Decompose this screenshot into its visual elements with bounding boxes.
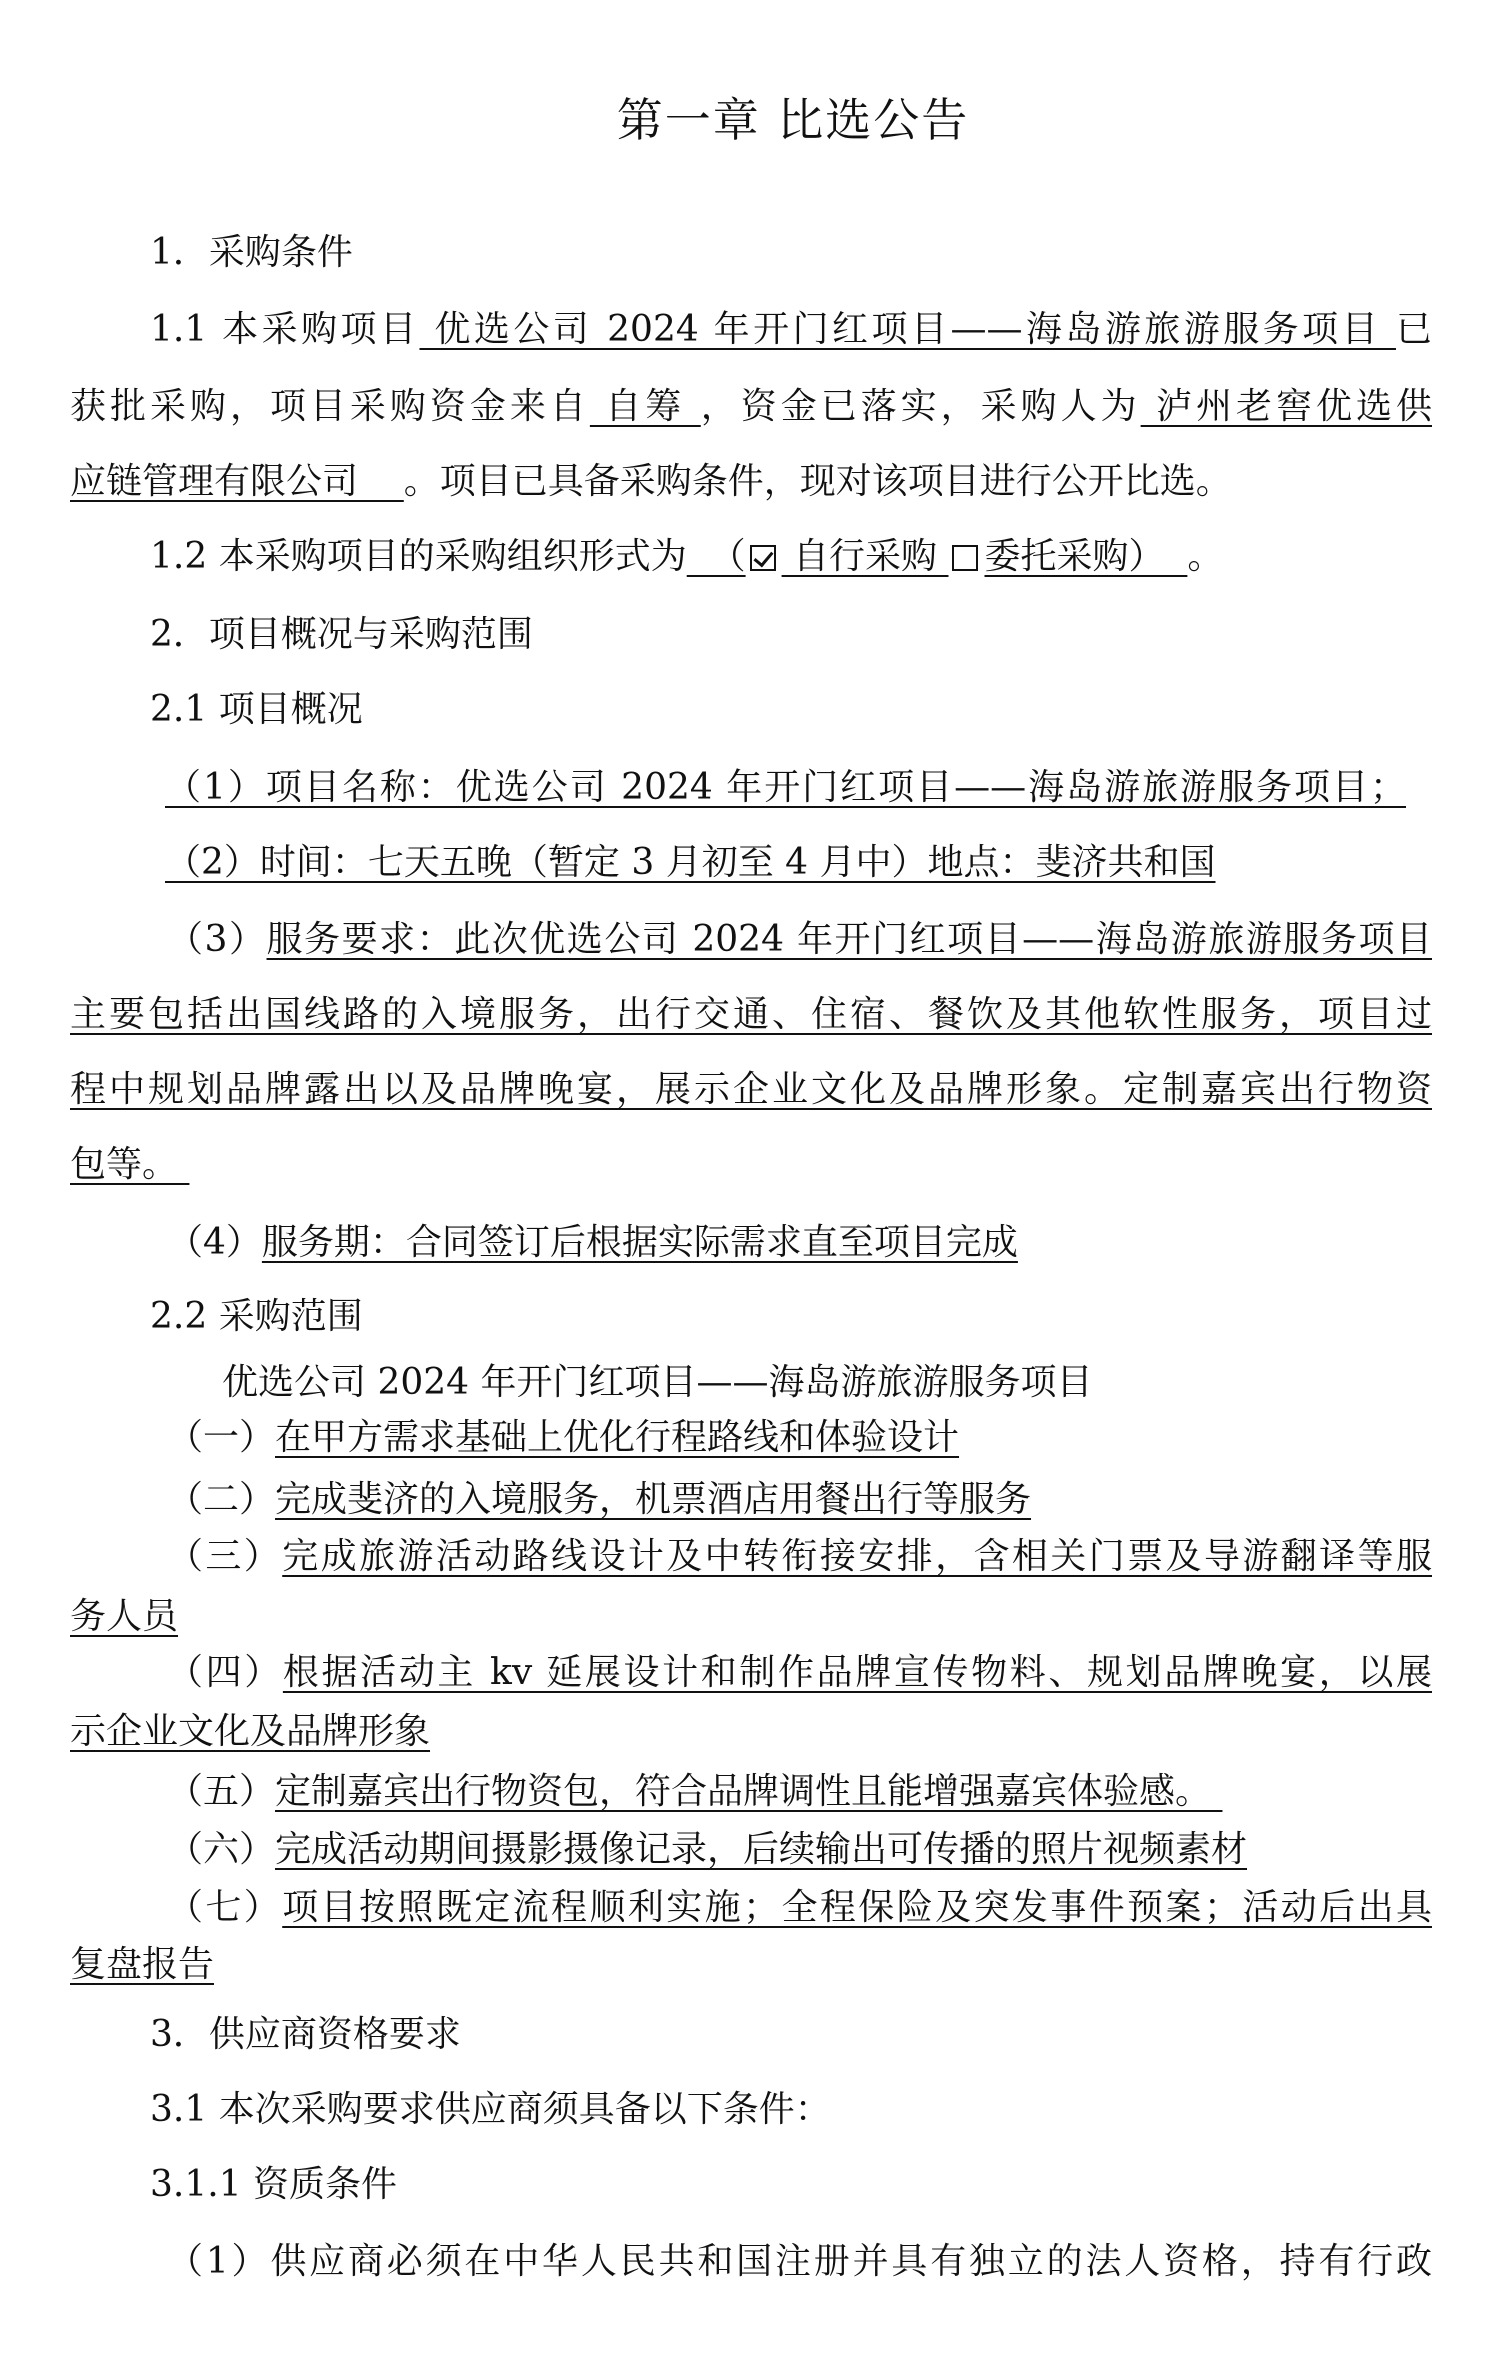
project-name-text: （1）项目名称：优选公司 2024 年开门红项目——海岛游旅游服务项目；	[150, 763, 1406, 813]
scope-text: 复盘报告	[70, 1944, 214, 1985]
scope-text: 完成旅游活动路线设计及中转衔接安排，含相关门票及导游翻译等服	[282, 1536, 1432, 1577]
para-1-1-line-2: 获批采购，项目采购资金来自 自筹 ，资金已落实，采购人为 泸州老窖优选供	[70, 382, 1432, 432]
item-prefix: （4）	[167, 1222, 262, 1263]
item-prefix: （二）	[167, 1479, 275, 1520]
item-prefix: （3）	[167, 919, 267, 960]
para-text: 。项目已具备采购条件，现对该项目进行公开比选。	[404, 461, 1232, 502]
para-1-1-prefix: 1.1 本采购项目	[150, 309, 419, 350]
service-requirement-text: 主要包括出国线路的入境服务，出行交通、住宿、餐饮及其他软性服务，项目过	[70, 994, 1432, 1035]
item-prefix: （七）	[167, 1887, 282, 1928]
qualification-text: （1）供应商必须在中华人民共和国注册并具有独立的法人资格，持有行政	[167, 2241, 1432, 2282]
option-self-procurement-label: 自行采购	[782, 536, 949, 577]
para-1-1-line-1: 1.1 本采购项目 优选公司 2024 年开门红项目——海岛游旅游服务项目 已	[150, 305, 1432, 355]
overview-item-4: （4）服务期：合同签订后根据实际需求直至项目完成	[167, 1218, 1018, 1268]
overview-item-1: （1）项目名称：优选公司 2024 年开门红项目——海岛游旅游服务项目；	[150, 763, 1406, 813]
overview-item-3-line-3: 程中规划品牌露出以及品牌晚宴，展示企业文化及品牌形象。定制嘉宾出行物资	[70, 1065, 1432, 1115]
service-requirement-text: 服务要求：此次优选公司 2024 年开门红项目——海岛游旅游服务项目	[267, 919, 1432, 960]
procurement-form-field: （ 自行采购 委托采购）	[687, 536, 1188, 577]
service-requirement-text: 程中规划品牌露出以及品牌晚宴，展示企业文化及品牌形象。定制嘉宾出行物资	[70, 1069, 1432, 1110]
scope-item-3-line-1: （三）完成旅游活动路线设计及中转衔接安排，含相关门票及导游翻译等服	[167, 1532, 1432, 1582]
para-1-1-suffix: 已	[1396, 309, 1432, 350]
para-1-2: 1.2 本采购项目的采购组织形式为 （ 自行采购 委托采购） 。	[150, 532, 1223, 582]
scope-item-7-line-1: （七）项目按照既定流程顺利实施；全程保险及突发事件预案；活动后出具	[167, 1883, 1432, 1933]
scope-text: 根据活动主 kv 延展设计和制作品牌宣传物料、规划品牌晚宴，以展	[283, 1652, 1432, 1693]
item-prefix: （一）	[167, 1417, 275, 1458]
document-page: 第一章 比选公告 1．采购条件 1.1 本采购项目 优选公司 2024 年开门红…	[0, 0, 1500, 2376]
para-text: 获批采购，项目采购资金来自	[70, 386, 590, 427]
time-location-text: （2）时间：七天五晚（暂定 3 月初至 4 月中）地点：斐济共和国	[150, 838, 1216, 888]
item-prefix: （四）	[167, 1652, 283, 1693]
item-prefix: （五）	[167, 1771, 275, 1812]
fund-source-field: 自筹	[590, 386, 701, 427]
purchaser-field-cont: 应链管理有限公司	[70, 461, 404, 502]
checkbox-entrusted-procurement[interactable]	[952, 545, 978, 571]
para-text: ，资金已落实，采购人为	[701, 386, 1141, 427]
overview-item-2: （2）时间：七天五晚（暂定 3 月初至 4 月中）地点：斐济共和国	[150, 838, 1216, 888]
section-2-heading: 2．项目概况与采购范围	[150, 610, 533, 660]
section-2-2-heading: 2.2 采购范围	[150, 1292, 363, 1342]
checkbox-self-procurement[interactable]	[750, 545, 776, 571]
scope-item-2: （二）完成斐济的入境服务，机票酒店用餐出行等服务	[167, 1475, 1031, 1525]
para-text: 。	[1187, 536, 1223, 577]
overview-item-3-line-2: 主要包括出国线路的入境服务，出行交通、住宿、餐饮及其他软性服务，项目过	[70, 990, 1432, 1040]
scope-text: 务人员	[70, 1596, 178, 1637]
overview-item-3-line-4: 包等。	[70, 1140, 189, 1190]
scope-item-4-line-2: 示企业文化及品牌形象	[70, 1707, 430, 1757]
scope-item-1: （一）在甲方需求基础上优化行程路线和体验设计	[167, 1413, 959, 1463]
qualification-item-1: （1）供应商必须在中华人民共和国注册并具有独立的法人资格，持有行政	[167, 2237, 1432, 2287]
scope-item-5: （五）定制嘉宾出行物资包，符合品牌调性且能增强嘉宾体验感。	[167, 1767, 1222, 1817]
para-1-1-line-3: 应链管理有限公司 。项目已具备采购条件，现对该项目进行公开比选。	[70, 457, 1232, 507]
purchaser-field: 泸州老窖优选供	[1141, 386, 1432, 427]
scope-text: 定制嘉宾出行物资包，符合品牌调性且能增强嘉宾体验感。	[275, 1771, 1222, 1812]
scope-text: 完成活动期间摄影摄像记录，后续输出可传播的照片视频素材	[275, 1829, 1247, 1870]
service-requirement-text: 包等。	[70, 1144, 189, 1185]
option-entrusted-procurement-label: 委托采购	[984, 536, 1128, 577]
scope-item-3-line-2: 务人员	[70, 1592, 178, 1642]
scope-text: 示企业文化及品牌形象	[70, 1711, 430, 1752]
section-3-heading: 3．供应商资格要求	[150, 2010, 461, 2060]
project-name-field: 优选公司 2024 年开门红项目——海岛游旅游服务项目	[419, 309, 1396, 350]
service-period-text: 服务期：合同签订后根据实际需求直至项目完成	[262, 1222, 1018, 1263]
scope-text: 完成斐济的入境服务，机票酒店用餐出行等服务	[275, 1479, 1031, 1520]
scope-text: 在甲方需求基础上优化行程路线和体验设计	[275, 1417, 959, 1458]
overview-item-3-line-1: （3）服务要求：此次优选公司 2024 年开门红项目——海岛游旅游服务项目	[167, 915, 1432, 965]
scope-item-6: （六）完成活动期间摄影摄像记录，后续输出可传播的照片视频素材	[167, 1825, 1247, 1875]
para-1-2-prefix: 1.2 本采购项目的采购组织形式为	[150, 536, 687, 577]
paren-open: （	[687, 536, 746, 577]
item-prefix: （三）	[167, 1536, 282, 1577]
scope-text: 项目按照既定流程顺利实施；全程保险及突发事件预案；活动后出具	[282, 1887, 1432, 1928]
section-3-1-heading: 3.1 本次采购要求供应商须具备以下条件：	[150, 2085, 831, 2135]
scope-item-7-line-2: 复盘报告	[70, 1940, 214, 1990]
item-prefix: （六）	[167, 1829, 275, 1870]
section-1-heading: 1．采购条件	[150, 228, 353, 278]
section-3-1-1-heading: 3.1.1 资质条件	[150, 2160, 397, 2210]
section-2-1-heading: 2.1 项目概况	[150, 685, 363, 735]
chapter-title: 第一章 比选公告	[0, 92, 1500, 148]
scope-subtitle: 优选公司 2024 年开门红项目——海岛游旅游服务项目	[222, 1358, 1093, 1408]
paren-close: ）	[1129, 536, 1188, 577]
scope-item-4-line-1: （四）根据活动主 kv 延展设计和制作品牌宣传物料、规划品牌晚宴，以展	[167, 1648, 1432, 1698]
